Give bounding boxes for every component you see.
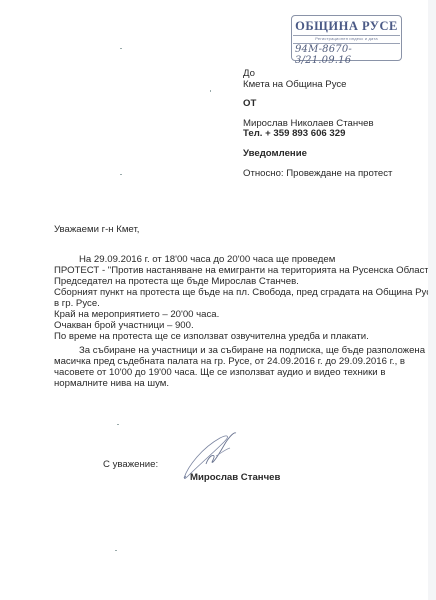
salutation: Уважаеми г-н Кмет, [54, 224, 139, 235]
scan-speck [120, 48, 122, 49]
closing-regards: С уважение: [103, 459, 158, 470]
stamp-subtitle: Регистрационен индекс и дата [292, 36, 401, 41]
scan-speck [117, 424, 119, 425]
paragraph-line: в гр. Русе. [54, 298, 100, 309]
paragraph-line: По време на протеста ще се използват озв… [54, 331, 369, 342]
paragraph-line: масичка пред съдебната палата на гр. Рус… [54, 356, 405, 367]
sender-phone: Тел. + 359 893 606 329 [243, 128, 345, 139]
page-edge-shadow [428, 0, 436, 600]
paragraph-line: На 29.09.2016 г. от 18'00 часа до 20'00 … [79, 254, 335, 265]
document-type: Уведомление [243, 148, 307, 159]
stamp-title: ОБЩИНА РУСЕ [292, 19, 401, 34]
registration-stamp: ОБЩИНА РУСЕ Регистрационен индекс и дата… [291, 15, 402, 61]
subject-line: Относно: Провеждане на протест [243, 168, 392, 179]
from-label: ОТ [243, 98, 256, 109]
document-page: ОБЩИНА РУСЕ Регистрационен индекс и дата… [0, 0, 428, 600]
scan-speck [120, 174, 122, 175]
scan-speck [210, 90, 211, 92]
scan-speck [115, 550, 117, 551]
paragraph-line: часовете от 10'00 до 19'00 часа. Ще се и… [54, 367, 385, 378]
recipient: Кмета на Община Русе [243, 79, 347, 90]
to-label: До [243, 68, 255, 79]
stamp-registration-number: 94М-8670-3/21.09.16 [295, 44, 401, 66]
paragraph-line: Край на мероприятието – 20'00 часа. [54, 309, 219, 320]
paragraph-line: За събиране на участници и за събиране н… [79, 345, 425, 356]
paragraph-line: Сборният пункт на протеста ще бъде на пл… [54, 287, 436, 298]
signer-name: Мирослав Станчев [190, 472, 280, 483]
paragraph-line: Очакван брой участници – 900. [54, 320, 194, 331]
paragraph-line: Председател на протеста ще бъде Мирослав… [54, 276, 299, 287]
paragraph-line: ПРОТЕСТ - "Против настаняване на емигран… [54, 265, 435, 276]
paragraph-line: нормалните нива на шум. [54, 378, 169, 389]
